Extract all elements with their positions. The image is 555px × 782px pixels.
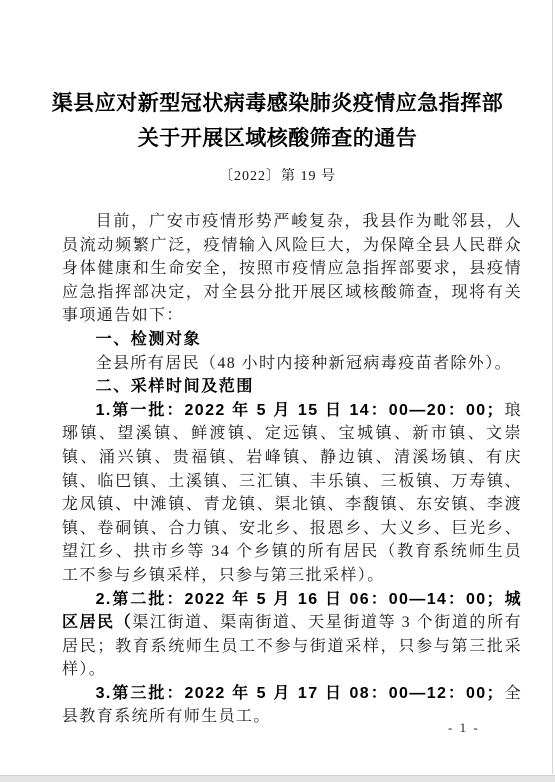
document-body: 目前，广安市疫情形势严峻复杂，我县作为毗邻县，人员流动频繁广泛，疫情输入风险巨大… <box>0 210 555 729</box>
bold-text-run: 1.第一批：2022 年 5 月 15 日 14：00—20：00； <box>96 402 504 419</box>
body-paragraph: 目前，广安市疫情形势严峻复杂，我县作为毗邻县，人员流动频繁广泛，疫情输入风险巨大… <box>62 210 522 328</box>
bold-text-run: 3.第三批：2022 年 5 月 17 日 08：00—12：00； <box>96 685 504 702</box>
page-number: - 1 - <box>448 720 480 736</box>
document-title-line-2: 关于开展区域核酸筛查的通告 <box>0 121 555 156</box>
text-run: 目前，广安市疫情形势严峻复杂，我县作为毗邻县，人员流动频繁广泛，疫情输入风险巨大… <box>62 213 522 324</box>
body-paragraph: 2.第二批：2022 年 5 月 16 日 06：00—14：00；城区居民（渠… <box>62 588 522 682</box>
page-edge-right <box>552 0 553 774</box>
document-number: 〔2022〕第 19 号 <box>0 165 555 185</box>
bold-text-run: 二、采样时间及范围 <box>96 378 254 395</box>
document-title-line-1: 渠县应对新型冠状病毒感染肺炎疫情应急指挥部 <box>0 86 555 121</box>
body-paragraph: 全县所有居民（48 小时内接种新冠病毒疫苗者除外）。 <box>62 352 522 376</box>
section-heading: 二、采样时间及范围 <box>62 375 522 399</box>
text-run: 全县所有居民（48 小时内接种新冠病毒疫苗者除外）。 <box>96 355 512 372</box>
body-paragraph: 1.第一批：2022 年 5 月 15 日 14：00—20：00；琅琊镇、望溪… <box>62 399 522 588</box>
document-title-block: 渠县应对新型冠状病毒感染肺炎疫情应急指挥部 关于开展区域核酸筛查的通告 〔202… <box>0 0 555 185</box>
section-heading: 一、检测对象 <box>62 328 522 352</box>
viewer-canvas-strip <box>0 775 555 782</box>
notice-document-page: 渠县应对新型冠状病毒感染肺炎疫情应急指挥部 关于开展区域核酸筛查的通告 〔202… <box>0 0 555 782</box>
text-run: 琅琊镇、望溪镇、鲜渡镇、定远镇、宝城镇、新市镇、文崇镇、涌兴镇、贵福镇、岩峰镇、… <box>62 402 522 584</box>
bold-text-run: 一、检测对象 <box>96 331 202 348</box>
